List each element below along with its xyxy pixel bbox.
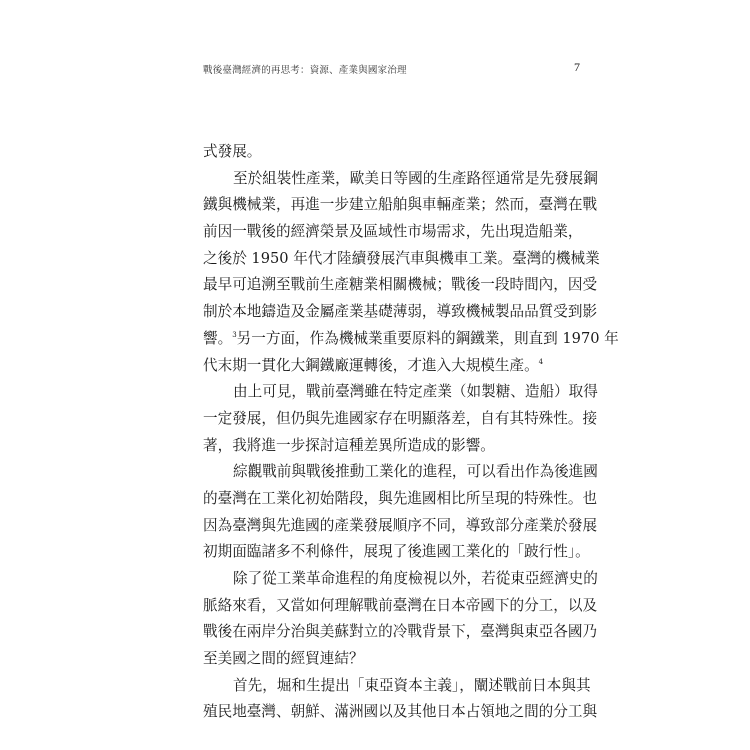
line-text: 前因一戰後的經濟榮景及區域性市場需求，先出現造船業，: [203, 219, 582, 246]
footnote-marker[interactable]: 4: [539, 358, 543, 366]
text-line: 最早可追溯至戰前生產糖業相關機械；戰後一段時間內，因受: [203, 272, 583, 299]
line-text: 至美國之間的經貿連結？: [203, 646, 364, 673]
line-text: 至於組裝性產業，歐美日等國的生產路徑通常是先發展鋼: [233, 166, 598, 193]
line-text: 式發展。: [203, 139, 261, 166]
line-text: 鐵與機械業，再進一步建立船舶與車輛產業；然而，臺灣在戰: [203, 192, 597, 219]
text-line: 前因一戰後的經濟榮景及區域性市場需求，先出現造船業，: [203, 219, 583, 246]
line-text: 因為臺灣與先進國的產業發展順序不同，導致部分產業於發展: [203, 513, 597, 540]
line-text: 代末期一貫化大鋼鐵廠運轉後，才進入大規模生產。: [203, 353, 539, 380]
text-line: 響。3另一方面，作為機械業重要原料的鋼鐵業，則直到 1970 年: [203, 326, 583, 353]
text-line: 代末期一貫化大鋼鐵廠運轉後，才進入大規模生產。4: [203, 353, 583, 380]
line-text: 由上可見，戰前臺灣雖在特定產業（如製糖、造船）取得: [233, 379, 598, 406]
paragraph-start-line: 綜觀戰前與戰後推動工業化的進程，可以看出作為後進國: [203, 459, 583, 486]
line-text: 脈絡來看，又當如何理解戰前臺灣在日本帝國下的分工，以及: [203, 593, 597, 620]
line-text: 著，我將進一步探討這種差異所造成的影響。: [203, 433, 495, 460]
running-title: 戰後臺灣經濟的再思考：資源、產業與國家治理: [203, 62, 407, 76]
line-text: 戰後在兩岸分治與美蘇對立的冷戰背景下，臺灣與東亞各國乃: [203, 619, 597, 646]
line-text: 另一方面，作為機械業重要原料的鋼鐵業，則直到 1970 年: [237, 326, 619, 353]
line-text: 之後於 1950 年代才陸續發展汽車與機車工業。臺灣的機械業: [203, 246, 600, 273]
running-header: 戰後臺灣經濟的再思考：資源、產業與國家治理 7: [203, 60, 580, 76]
paragraph-start-line: 首先，堀和生提出「東亞資本主義」，闡述戰前日本與其: [203, 673, 583, 700]
text-line: 著，我將進一步探討這種差異所造成的影響。: [203, 433, 583, 460]
text-line: 制於本地鑄造及金屬產業基礎薄弱，導致機械製品品質受到影: [203, 299, 583, 326]
text-line: 戰後在兩岸分治與美蘇對立的冷戰背景下，臺灣與東亞各國乃: [203, 619, 583, 646]
text-line: 殖民地臺灣、朝鮮、滿洲國以及其他日本占領地之間的分工與: [203, 699, 583, 726]
line-text: 殖民地臺灣、朝鮮、滿洲國以及其他日本占領地之間的分工與: [203, 699, 597, 726]
book-page: 戰後臺灣經濟的再思考：資源、產業與國家治理 7 式發展。 至於組裝性產業，歐美日…: [0, 0, 750, 750]
line-text: 首先，堀和生提出「東亞資本主義」，闡述戰前日本與其: [233, 673, 591, 700]
body-text: 式發展。 至於組裝性產業，歐美日等國的生產路徑通常是先發展鋼 鐵與機械業，再進一…: [203, 139, 583, 726]
text-line: 因為臺灣與先進國的產業發展順序不同，導致部分產業於發展: [203, 513, 583, 540]
text-line: 鐵與機械業，再進一步建立船舶與車輛產業；然而，臺灣在戰: [203, 192, 583, 219]
line-text: 的臺灣在工業化初始階段，與先進國相比所呈現的特殊性。也: [203, 486, 597, 513]
text-line: 之後於 1950 年代才陸續發展汽車與機車工業。臺灣的機械業: [203, 246, 583, 273]
page-number: 7: [574, 60, 580, 75]
text-line: 初期面臨諸多不利條件，展現了後進國工業化的「跛行性」。: [203, 539, 583, 566]
paragraph-start-line: 除了從工業革命進程的角度檢視以外，若從東亞經濟史的: [203, 566, 583, 593]
line-text: 綜觀戰前與戰後推動工業化的進程，可以看出作為後進國: [233, 459, 598, 486]
paragraph-start-line: 由上可見，戰前臺灣雖在特定產業（如製糖、造船）取得: [203, 379, 583, 406]
paragraph-start-line: 至於組裝性產業，歐美日等國的生產路徑通常是先發展鋼: [203, 166, 583, 193]
line-text: 除了從工業革命進程的角度檢視以外，若從東亞經濟史的: [233, 566, 598, 593]
text-line: 至美國之間的經貿連結？: [203, 646, 583, 673]
line-text: 一定發展，但仍與先進國家存在明顯落差，自有其特殊性。接: [203, 406, 597, 433]
text-line: 脈絡來看，又當如何理解戰前臺灣在日本帝國下的分工，以及: [203, 593, 583, 620]
line-text: 初期面臨諸多不利條件，展現了後進國工業化的「跛行性」。: [203, 539, 590, 566]
text-line: 式發展。: [203, 139, 583, 166]
line-text: 響。: [203, 326, 232, 353]
line-text: 制於本地鑄造及金屬產業基礎薄弱，導致機械製品品質受到影: [203, 299, 597, 326]
text-line: 一定發展，但仍與先進國家存在明顯落差，自有其特殊性。接: [203, 406, 583, 433]
line-text: 最早可追溯至戰前生產糖業相關機械；戰後一段時間內，因受: [203, 272, 597, 299]
text-line: 的臺灣在工業化初始階段，與先進國相比所呈現的特殊性。也: [203, 486, 583, 513]
